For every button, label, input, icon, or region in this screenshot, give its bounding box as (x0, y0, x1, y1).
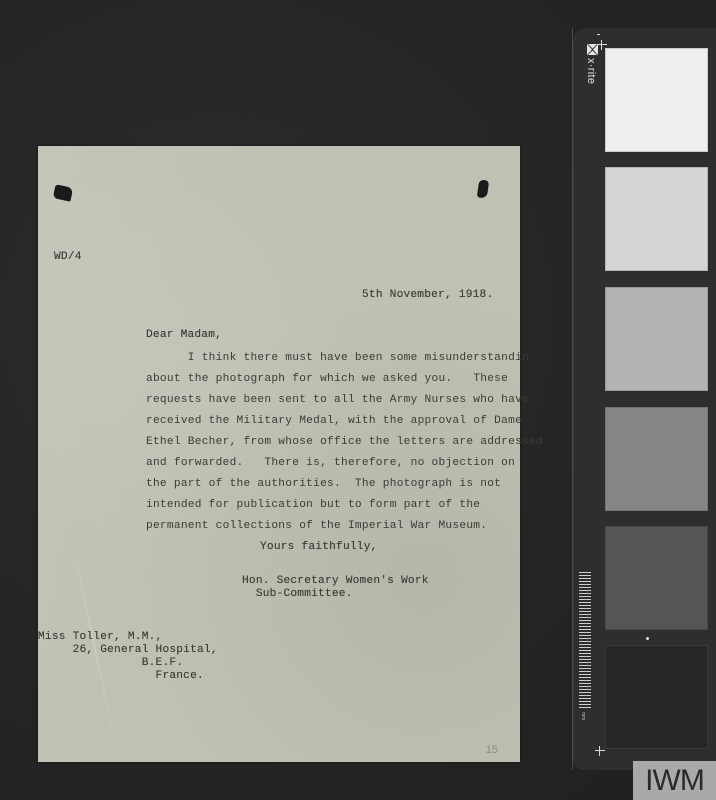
body-line: I think there must have been some misund… (146, 352, 529, 364)
signature-line: Sub-Committee. (242, 589, 353, 600)
body-line: and forwarded. There is, therefore, no o… (146, 457, 515, 469)
address-line: France. (38, 671, 204, 682)
page-number: 15 (486, 744, 498, 756)
reference-code: WD/4 (54, 252, 82, 263)
body-line: requests have been sent to all the Army … (146, 394, 529, 406)
punch-hole-right (477, 179, 489, 198)
address-line: Miss Toller, M.M., (38, 632, 162, 643)
letter-page: WD/4 5th November, 1918. Dear Madam, I t… (38, 146, 520, 762)
patch-light-gray (605, 167, 708, 271)
address-line: B.E.F. (38, 658, 183, 669)
letter-date: 5th November, 1918. (362, 290, 493, 301)
patch-mid-gray (605, 407, 708, 511)
address-line: 26, General Hospital, (38, 645, 218, 656)
brand-name: x·rite (585, 58, 597, 84)
color-checker-edge (572, 28, 573, 770)
patch-dark-gray (605, 526, 708, 630)
patch-black (605, 645, 708, 749)
body-line: intended for publication but to form par… (146, 499, 480, 511)
ruler-unit-label: mm (580, 712, 586, 720)
patch-white (605, 48, 708, 152)
patch-mid-light-gray (605, 287, 708, 391)
center-dot (646, 637, 649, 640)
body-line: about the photograph for which we asked … (146, 373, 508, 385)
iwm-watermark: IWM (633, 761, 716, 800)
body-line: received the Military Medal, with the ap… (146, 415, 522, 427)
body-line: the part of the authorities. The photogr… (146, 478, 501, 490)
salutation: Dear Madam, (146, 330, 222, 341)
xrite-logo-icon (587, 44, 598, 55)
mm-ruler (579, 572, 591, 710)
crosshair-bottom-icon (595, 746, 605, 756)
closing: Yours faithfully, (260, 542, 378, 553)
punch-hole-left (53, 184, 74, 201)
body-line: permanent collections of the Imperial Wa… (146, 520, 487, 532)
signature-line: Hon. Secretary Women's Work (242, 576, 429, 587)
minus-mark (597, 34, 600, 35)
xrite-brand: x·rite (585, 44, 601, 94)
body-line: Ethel Becher, from whose office the lett… (146, 436, 543, 448)
